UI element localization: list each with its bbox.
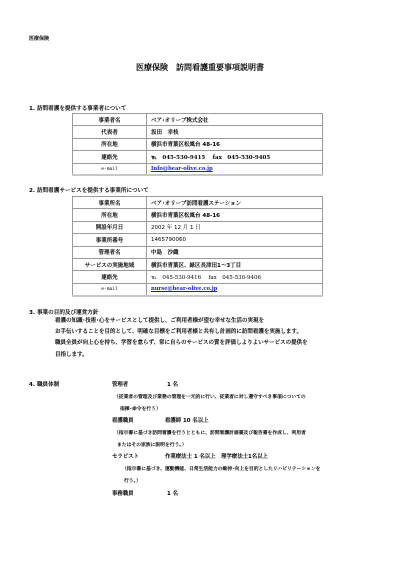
section4-heading: 4. 職員体制 — [29, 380, 59, 388]
office-email-label: e-mail — [73, 283, 147, 295]
provider-table: 事業者名 ベア･オリーブ株式会社 代表者 坂田 幸枝 所在地 横浜市青葉区松風台… — [72, 113, 323, 176]
office-number-value: 1465790060 — [147, 234, 323, 246]
provider-name-value: ベア･オリーブ株式会社 — [147, 114, 323, 126]
address-label: 所在地 — [73, 138, 147, 150]
table-row: e-mail Info@bear-olive.co.jp — [73, 163, 323, 175]
service-area-label: サービスの実施地域 — [73, 258, 147, 270]
office-address-label: 所在地 — [73, 209, 147, 221]
table-row: 開設年月日 2002 年 12 月 1 日 — [73, 221, 323, 233]
email-label: e-mail — [73, 163, 147, 175]
table-row: 所在地 横浜市青葉区松風台 48-16 — [73, 138, 323, 150]
staff-note: 指揮･命令を行う） — [120, 405, 161, 412]
purpose-paragraph: 看護の知識･技術･心をサービスとして提供し、ご利用者様が望む幸せな生活の実現を … — [55, 316, 308, 361]
staff-count-clerk: 1 名 — [167, 489, 178, 497]
office-contact-label: 連絡先 — [73, 271, 147, 283]
staff-note: 行う。） — [124, 477, 141, 484]
document-title: 医療保険 訪問看護重要事項説明書 — [0, 62, 400, 73]
office-table: 事業所名 ベア･オリーブ訪問看護ステーション 所在地 横浜市青葉区松風台 48-… — [72, 196, 323, 297]
contact-value: ℡ 045-530-9415 fax 045-530-9405 — [147, 151, 323, 163]
opening-date-value: 2002 年 12 月 1 日 — [147, 221, 323, 233]
representative-value: 坂田 幸枝 — [147, 126, 323, 138]
service-area-value: 横浜市青葉区、緑区長津田1～3丁目 — [147, 258, 323, 270]
manager-label: 管理者名 — [73, 246, 147, 258]
section3-heading: 3. 事業の目的及び運営方針 — [29, 308, 99, 316]
staff-role-clerk: 事務職員 — [112, 489, 134, 497]
staff-role-therapist: セラピスト — [112, 452, 139, 460]
table-row: 代表者 坂田 幸枝 — [73, 126, 323, 138]
office-contact-value: ℡ 045-530-9416 fax 045-530-9406 — [147, 271, 323, 283]
table-row: 管理者名 中島 沙織 — [73, 246, 323, 258]
staff-role-nurse: 看護職員 — [112, 416, 134, 424]
office-email-link[interactable]: nurse@bear-olive.co.jp — [151, 286, 217, 292]
staff-note: （従業者の管理及び業務の管理を一元的に行い、従業者に対し遵守すべき事項についての — [114, 393, 306, 400]
provider-email-link[interactable]: Info@bear-olive.co.jp — [151, 166, 213, 172]
staff-count-therapist: 作業療法士 1 名以上 理学療法士1名以上 — [165, 452, 268, 460]
opening-date-label: 開設年月日 — [73, 221, 147, 233]
staff-count-manager: 1 名 — [167, 380, 178, 388]
table-row: 事業者名 ベア･オリーブ株式会社 — [73, 114, 323, 126]
staff-note: （指示書に基づき、運動機能、日常生活能力の維持･向上を目的としたリハビリテーショ… — [122, 465, 320, 472]
address-value: 横浜市青葉区松風台 48-16 — [147, 138, 323, 150]
office-name-value: ベア･オリーブ訪問看護ステーション — [147, 197, 323, 209]
purpose-line: 職員全員が向上心を持ち、学習を怠らず、常に自らのサービスの質を評価しよりよいサー… — [55, 338, 308, 349]
office-address-value: 横浜市青葉区松風台 48-16 — [147, 209, 323, 221]
purpose-line: 看護の知識･技術･心をサービスとして提供し、ご利用者様が望む幸せな生活の実現を — [55, 316, 308, 327]
section1-heading: 1. 訪問看護を提供する事業者について — [29, 104, 126, 112]
table-row: 事業所番号 1465790060 — [73, 234, 323, 246]
staff-note: またはその家族に説明を行う。） — [117, 441, 187, 448]
table-row: 事業所名 ベア･オリーブ訪問看護ステーション — [73, 197, 323, 209]
staff-note: （指示書に基づき訪問看護を行うとともに、訪問看護計画書及び報告書を作成し、利用者 — [114, 429, 306, 436]
purpose-line: 目指します。 — [55, 350, 308, 361]
representative-label: 代表者 — [73, 126, 147, 138]
section2-heading: 2. 訪問看護サービスを提供する事業所について — [29, 186, 149, 194]
header-label: 医療保険 — [29, 35, 49, 42]
table-row: 連絡先 ℡ 045-530-9415 fax 045-530-9405 — [73, 151, 323, 163]
office-name-label: 事業所名 — [73, 197, 147, 209]
staff-count-nurse: 看護師 10 名以上 — [165, 416, 209, 424]
purpose-line: お手伝いすることを目的として、明確な目標をご利用者様と共有し計画的に訪問看護を実… — [55, 327, 308, 338]
table-row: e-mail nurse@bear-olive.co.jp — [73, 283, 323, 295]
table-row: 所在地 横浜市青葉区松風台 48-16 — [73, 209, 323, 221]
office-number-label: 事業所番号 — [73, 234, 147, 246]
table-row: サービスの実施地域 横浜市青葉区、緑区長津田1～3丁目 — [73, 258, 323, 270]
table-row: 連絡先 ℡ 045-530-9416 fax 045-530-9406 — [73, 271, 323, 283]
provider-name-label: 事業者名 — [73, 114, 147, 126]
manager-value: 中島 沙織 — [147, 246, 323, 258]
staff-role-manager: 管理者 — [112, 380, 128, 388]
contact-label: 連絡先 — [73, 151, 147, 163]
